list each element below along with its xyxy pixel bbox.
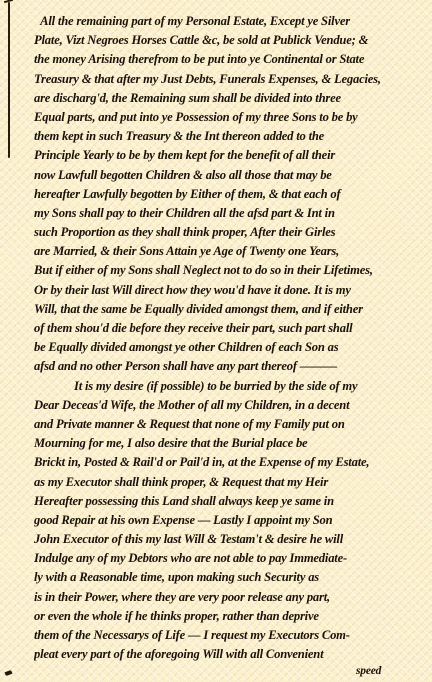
- manuscript-page: C.All the remaining part of my Personal …: [34, 12, 430, 682]
- manuscript-line: ly with a Reasonable time, upon making s…: [34, 568, 430, 587]
- manuscript-line: Will, that the same be Equally divided a…: [34, 300, 430, 319]
- closing-word: speed: [34, 662, 430, 681]
- manuscript-line: them kept in such Treasury & the Int the…: [34, 127, 430, 146]
- manuscript-line: such Proportion as they shall think prop…: [34, 223, 430, 242]
- manuscript-line: afsd and no other Person shall have any …: [34, 357, 430, 376]
- manuscript-line: of them shou'd die before they receive t…: [34, 319, 430, 338]
- manuscript-line: the money Arising therefrom to be put in…: [34, 50, 430, 69]
- manuscript-line: or even the whole if he thinks proper, r…: [34, 607, 430, 626]
- manuscript-line: Indulge any of my Debtors who are not ab…: [34, 549, 430, 568]
- manuscript-line: are discharg'd, the Remaining sum shall …: [34, 89, 430, 108]
- manuscript-scan: { "colors": { "paper": "#fbf2cd", "ink":…: [0, 0, 432, 682]
- manuscript-line: Brickt in, Posted & Rail'd or Pail'd in,…: [34, 453, 430, 472]
- manuscript-line: But if either of my Sons shall Neglect n…: [34, 261, 430, 280]
- manuscript-line: my Sons shall pay to their Children all …: [34, 204, 430, 223]
- binding-stroke-icon: [8, 2, 10, 158]
- manuscript-line: good Repair at his own Expense — Lastly …: [34, 511, 430, 530]
- manuscript-line: Dear Deceas'd Wife, the Mother of all my…: [34, 396, 430, 415]
- manuscript-line: is in their Power, where they are very p…: [34, 588, 430, 607]
- manuscript-line: now Lawfull begotten Children & also all…: [34, 166, 430, 185]
- manuscript-line: Mourning for me, I also desire that the …: [34, 434, 430, 453]
- manuscript-line: Principle Yearly to be by them kept for …: [34, 146, 430, 165]
- manuscript-line: Treasury & that after my Just Debts, Fun…: [34, 70, 430, 89]
- manuscript-line-text: All the remaining part of my Personal Es…: [40, 14, 350, 28]
- corner-ink-mark-icon: [5, 670, 13, 676]
- manuscript-line: and Private manner & Request that none o…: [34, 415, 430, 434]
- manuscript-line: C.All the remaining part of my Personal …: [34, 12, 430, 31]
- manuscript-line: Equal parts, and put into ye Possession …: [34, 108, 430, 127]
- manuscript-line: John Executor of this my last Will & Tes…: [34, 530, 430, 549]
- manuscript-line: Or by their last Will direct how they wo…: [34, 281, 430, 300]
- manuscript-line: are Married, & their Sons Attain ye Age …: [34, 242, 430, 261]
- manuscript-line: them of the Necessarys of Life — I reque…: [34, 626, 430, 645]
- manuscript-line: Hereafter possessing this Land shall alw…: [34, 492, 430, 511]
- manuscript-line: hereafter Lawfully begotten by Either of…: [34, 185, 430, 204]
- manuscript-line: be Equally divided amongst ye other Chil…: [34, 338, 430, 357]
- manuscript-line: as my Executor shall think proper, & Req…: [34, 473, 430, 492]
- manuscript-line: Plate, Vizt Negroes Horses Cattle &c, be…: [34, 31, 430, 50]
- manuscript-line: It is my desire (if possible) to be burr…: [34, 377, 430, 396]
